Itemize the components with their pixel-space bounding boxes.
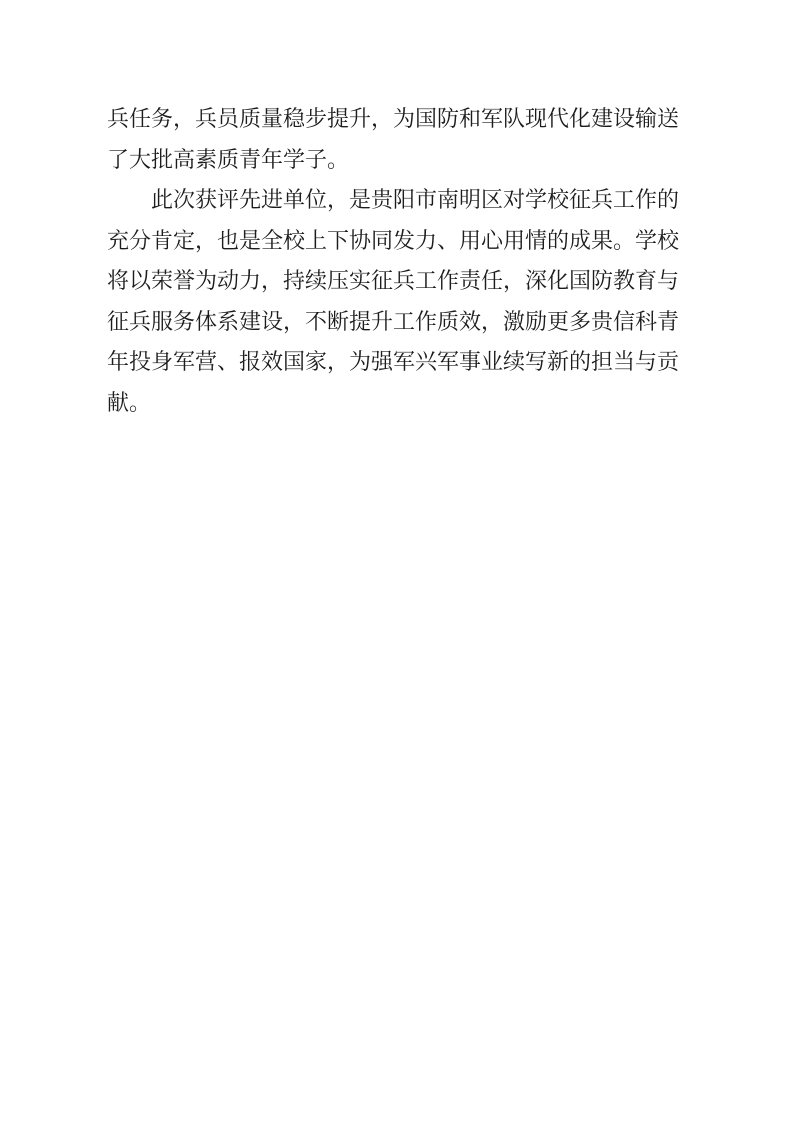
text-line: 年投身军营、报效国家，为强军兴军事业续写新的担当与贡 xyxy=(107,342,683,383)
text-line: 了大批高素质青年学子。 xyxy=(107,140,683,181)
text-line: 征兵服务体系建设，不断提升工作质效，激励更多贵信科青 xyxy=(107,302,683,343)
text-line: 献。 xyxy=(107,383,683,424)
text-line: 充分肯定，也是全校上下协同发力、用心用情的成果。学校 xyxy=(107,221,683,262)
document-text-block: 兵任务，兵员质量稳步提升，为国防和军队现代化建设输送 了大批高素质青年学子。 此… xyxy=(107,99,683,423)
text-line-paragraph-start: 此次获评先进单位，是贵阳市南明区对学校征兵工作的 xyxy=(107,180,683,221)
document-page: 兵任务，兵员质量稳步提升，为国防和军队现代化建设输送 了大批高素质青年学子。 此… xyxy=(0,0,793,1122)
text-line: 将以荣誉为动力，持续压实征兵工作责任，深化国防教育与 xyxy=(107,261,683,302)
text-line: 兵任务，兵员质量稳步提升，为国防和军队现代化建设输送 xyxy=(107,99,683,140)
